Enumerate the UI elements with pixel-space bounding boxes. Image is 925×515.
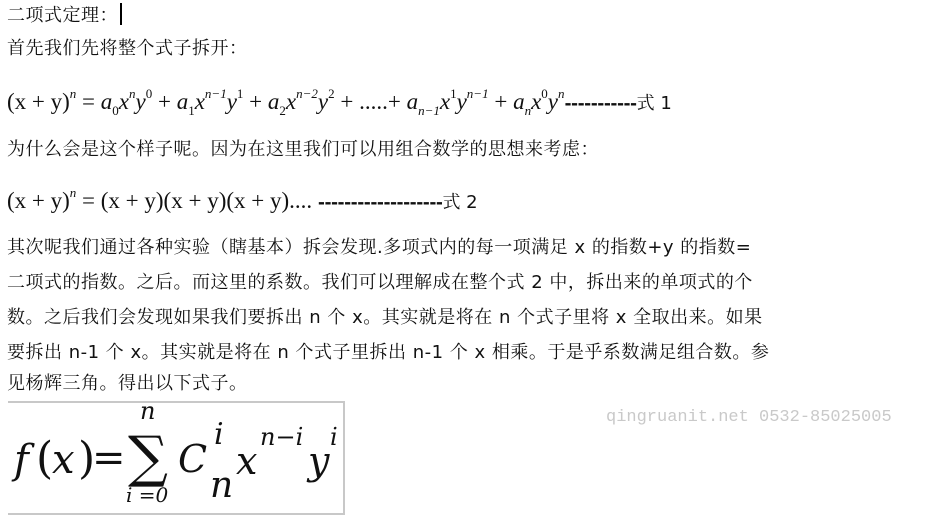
term3-coef: a	[407, 89, 419, 114]
paragraph-line-3: 数。之后我们会发现如果我们要拆出 n 个 x。其实就是将在 n 个式子里将 x …	[7, 306, 763, 330]
c-subscript: n	[210, 465, 233, 506]
term4-coef: a	[513, 89, 525, 114]
x-base: x	[236, 439, 257, 483]
term0-yexp: 0	[146, 86, 153, 101]
title-line[interactable]: 二项式定理：	[7, 3, 122, 28]
term1-coef: a	[177, 89, 189, 114]
formula1-eq: =	[82, 89, 95, 114]
text-cursor	[120, 3, 122, 25]
sigma-symbol: ∑	[128, 425, 168, 490]
term1-xexp: n−1	[205, 86, 227, 101]
formula2-rhs: = (x + y)(x + y)(x + y)....	[82, 188, 312, 213]
intro-line: 首先我们先将整个式子拆开：	[7, 37, 248, 61]
watermark: qingruanit.net 0532-85025005	[606, 408, 892, 427]
formula1-lhs: (x + y)	[7, 89, 70, 114]
formula1-dashes: -----------	[565, 94, 637, 114]
c-symbol: C	[178, 437, 207, 481]
binomial-formula-image: f ( x ) = ∑ n i =0 C i n x n−i y i	[8, 401, 345, 515]
formula1-lhs-exp: n	[70, 86, 77, 101]
formula2-tag: 式 2	[442, 192, 477, 213]
paragraph-line-2: 二项式的指数。之后。而这里的系数。我们可以理解成在整个式 2 中，拆出来的单项式…	[7, 271, 753, 295]
sigma-upper: n	[140, 397, 155, 425]
x-var: x	[52, 437, 75, 483]
f-symbol: f	[14, 437, 29, 483]
term2-yexp: 2	[328, 86, 335, 101]
term2-coef: a	[268, 89, 280, 114]
c-superscript: i	[214, 417, 224, 452]
term2-xexp: n−2	[296, 86, 318, 101]
term1-yexp: 1	[237, 86, 244, 101]
title-text: 二项式定理：	[7, 5, 118, 26]
term3-yexp: n−1	[467, 86, 489, 101]
equals-sign: =	[92, 435, 126, 481]
formula1-ellipsis: + .....+	[340, 89, 400, 114]
y-exponent: i	[330, 423, 338, 451]
term0-coef: a	[101, 89, 113, 114]
term3-sub: n−1	[418, 103, 440, 118]
formula1-tag: 式 1	[637, 93, 672, 114]
paragraph-line-1: 其次呢我们通过各种实验（瞎基本）拆会发现.多项式内的每一项满足 x 的指数+y …	[7, 236, 751, 260]
formula-2: (x + y)n = (x + y)(x + y)(x + y).... ---…	[7, 185, 478, 214]
paren-open: (	[36, 433, 53, 484]
formula2-exp: n	[70, 185, 77, 200]
formula2-dashes: -------------------	[318, 193, 443, 213]
question-line: 为什么会是这个样子呢。因为在这里我们可以用组合数学的思想来考虑：	[7, 138, 599, 162]
y-base: y	[308, 439, 329, 483]
paragraph-line-4: 要拆出 n-1 个 x。其实就是将在 n 个式子里拆出 n-1 个 x 相乘。于…	[7, 341, 769, 365]
x-exponent: n−i	[260, 423, 303, 451]
formula2-lhs: (x + y)	[7, 188, 70, 213]
paragraph-line-5: 见杨辉三角。得出以下式子。	[7, 372, 248, 396]
sigma-lower: i =0	[126, 483, 168, 507]
formula-1: (x + y)n = a0xny0 + a1xn−1y1 + a2xn−2y2 …	[7, 86, 672, 119]
